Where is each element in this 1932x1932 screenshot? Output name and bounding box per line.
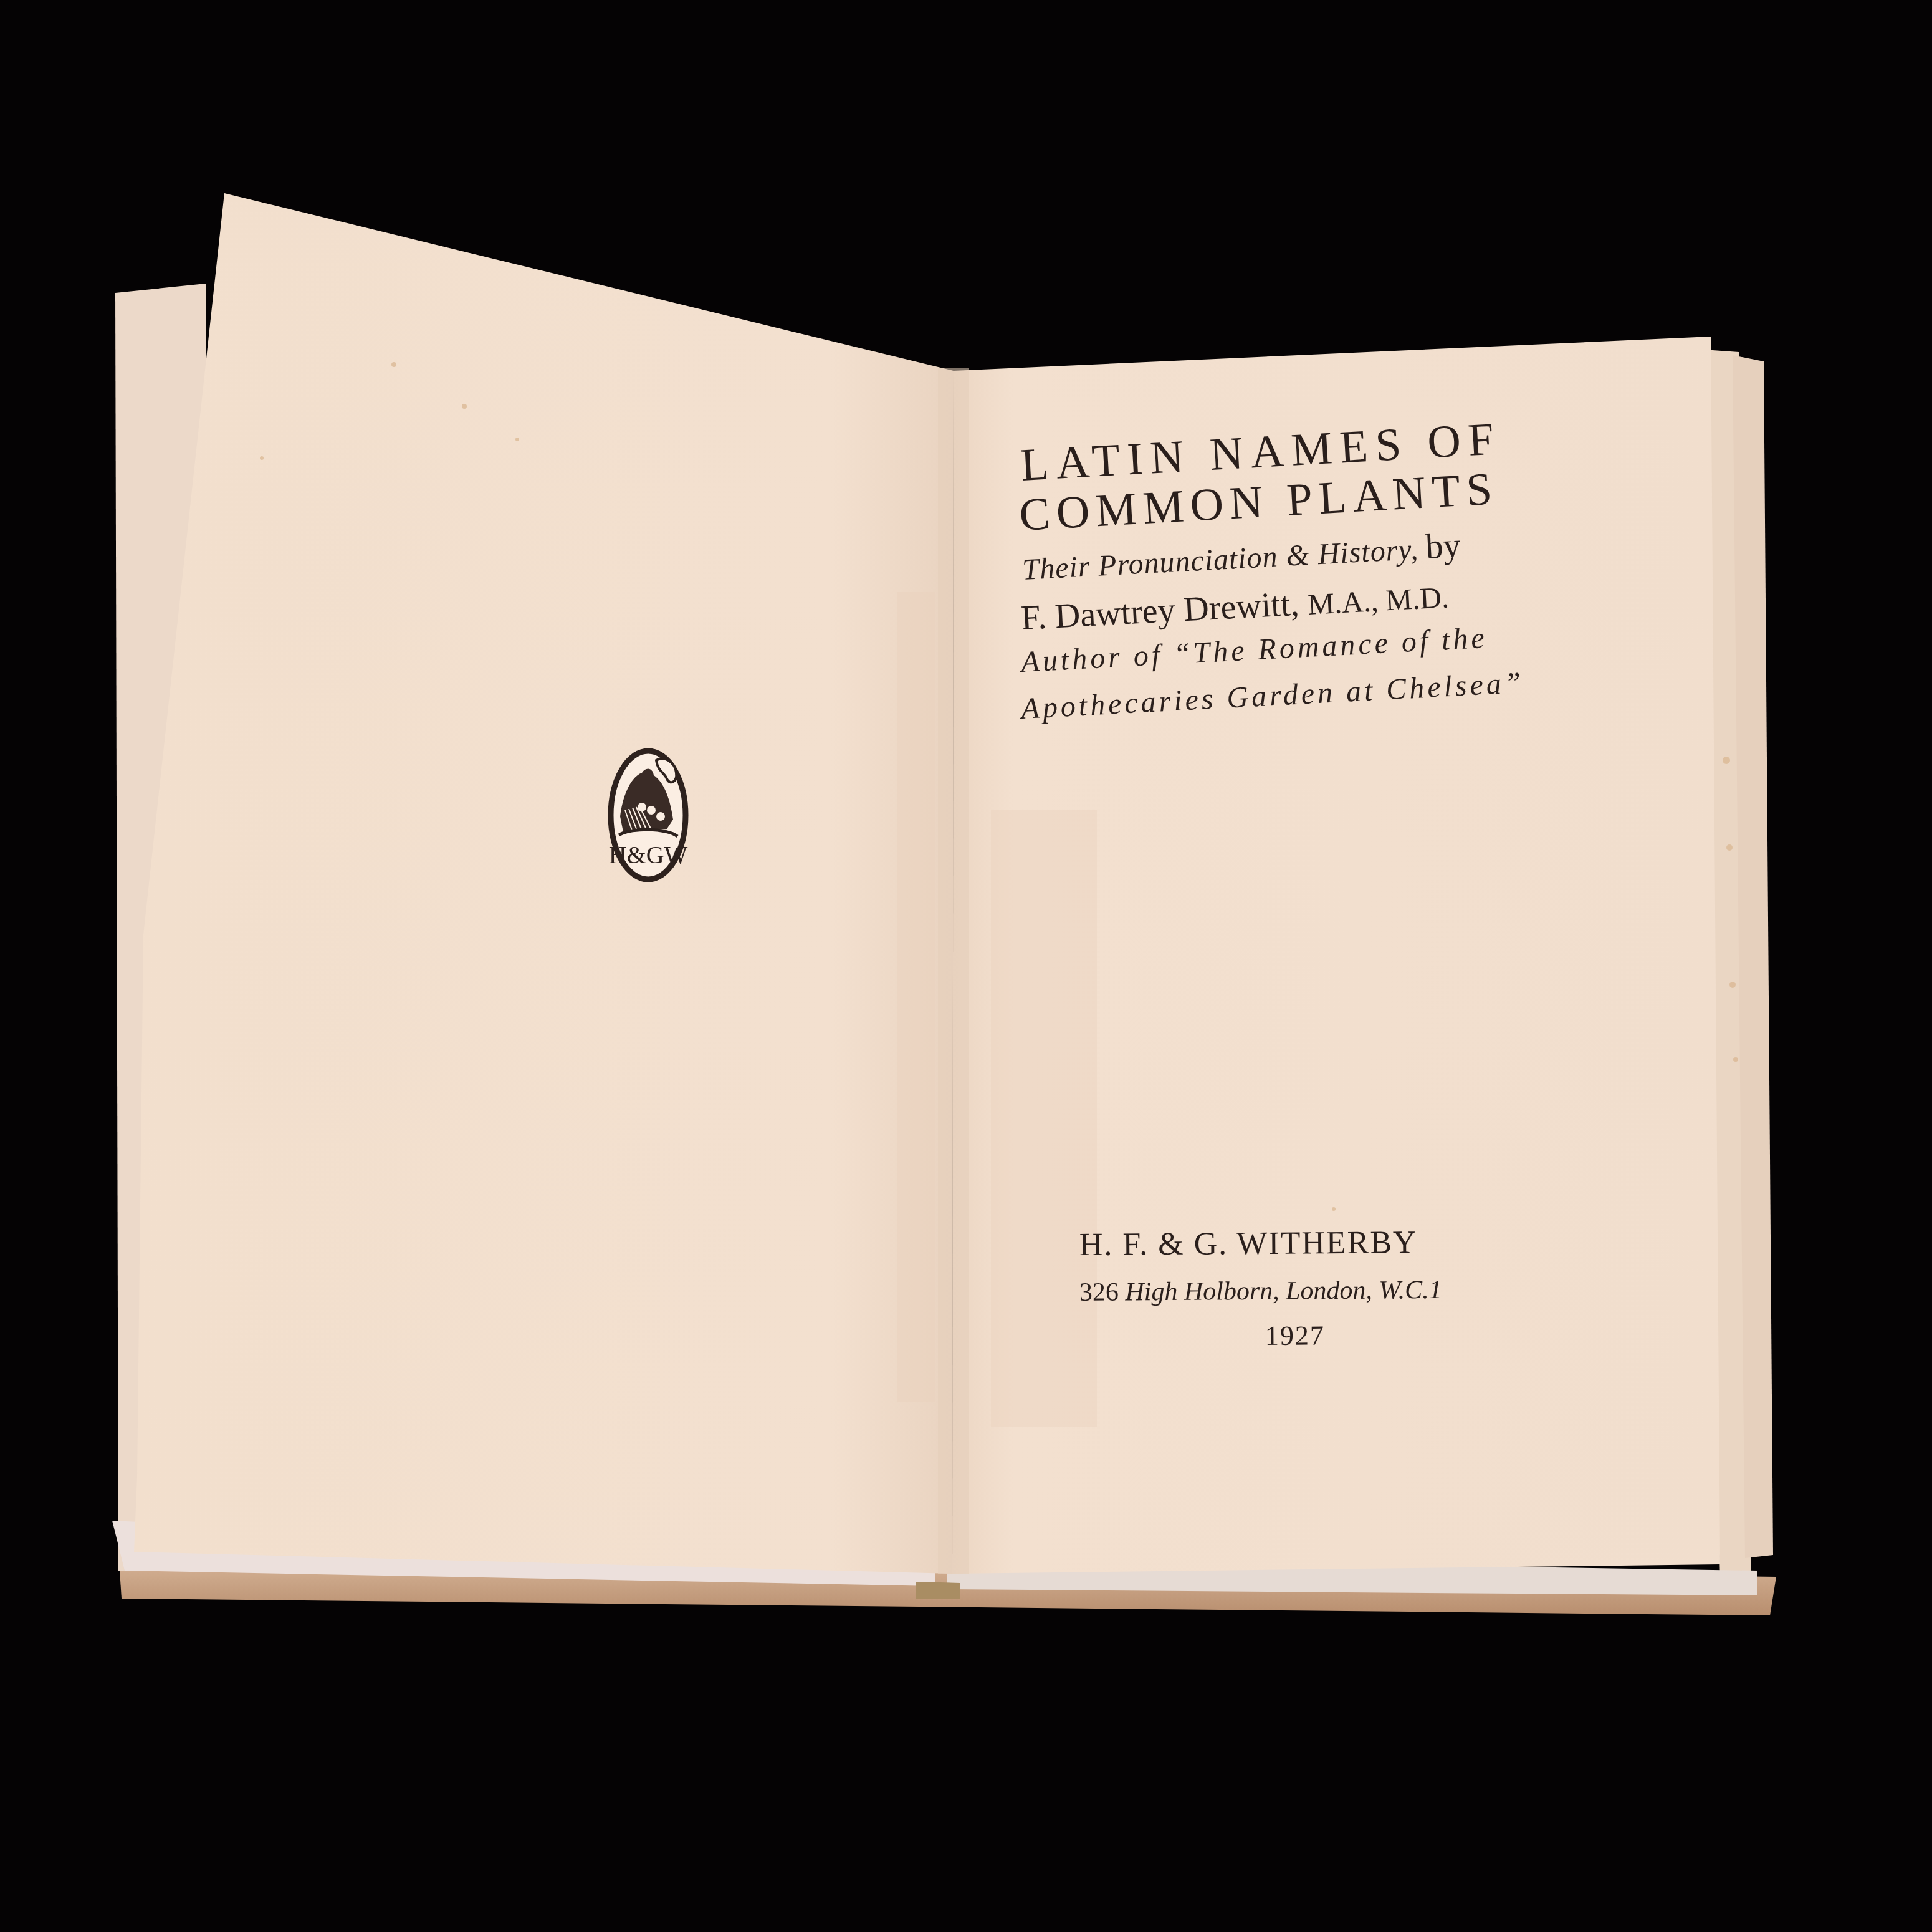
svg-text:H&GW: H&GW	[609, 841, 688, 869]
left-page	[134, 193, 954, 1574]
open-book	[0, 0, 1932, 1932]
publisher-monogram-device-icon: H&GW	[608, 748, 689, 882]
photo-scene: H&GW LATIN NAMES OF COMMON PLANTS Their …	[0, 0, 1932, 1932]
